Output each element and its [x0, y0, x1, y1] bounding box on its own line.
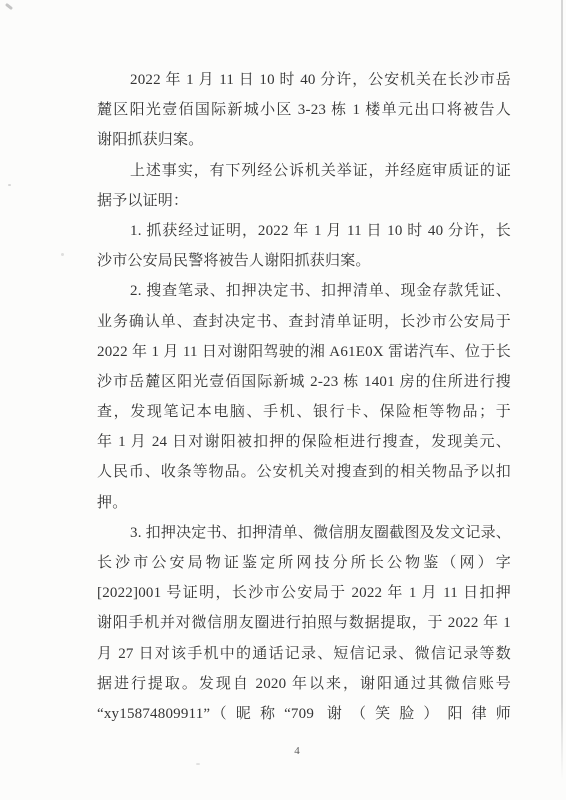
text-line: 押。: [97, 488, 511, 518]
text-line: [2022]001 号证明，长沙市公安局于 2022 年 1 月 11 日扣押: [97, 578, 511, 608]
text-line: 1. 抓获经过证明，2022 年 1 月 11 日 10 时 40 分许，长: [97, 216, 511, 246]
text-line: 月 27 日对该手机中的通话记录、短信记录、微信记录等数: [97, 639, 511, 669]
text-line: 3. 扣押决定书、扣押清单、微信朋友圈截图及发文记录、: [97, 518, 511, 548]
text-line: 长沙市公安局物证鉴定所网技分所长公物鉴（网）字: [97, 548, 511, 578]
scanned-document-page: 2022 年 1 月 11 日 10 时 40 分许，公安机关在长沙市岳麓区阳光…: [0, 0, 566, 800]
text-line: 查，发现笔记本电脑、手机、银行卡、保险柜等物品；于 2022: [97, 397, 511, 427]
text-line: 沙市公安局民警将被告人谢阳抓获归案。: [97, 246, 511, 276]
text-line: 2022 年 1 月 11 日对谢阳驾驶的湘 A61E0X 雷诺汽车、位于长: [97, 337, 511, 367]
scan-edge-line: [561, 0, 563, 780]
text-line: 业务确认单、查封决定书、查封清单证明，长沙市公安局于: [97, 307, 511, 337]
text-line: 谢阳手机并对微信朋友圈进行拍照与数据提取，于 2022 年 1: [97, 608, 511, 638]
text-line: “xy15874809911”（昵称“709 谢（笑脸）阳律师: [97, 699, 511, 729]
text-line: 谢阳抓获归案。: [97, 125, 511, 155]
text-line: 2. 搜查笔录、扣押决定书、扣押清单、现金存款凭证、: [97, 276, 511, 306]
text-line: 麓区阳光壹佰国际新城小区 3-23 栋 1 楼单元出口将被告人: [97, 95, 511, 125]
text-line: 人民币、收条等物品。公安机关对搜查到的相关物品予以扣: [97, 457, 511, 487]
scan-speck: [196, 763, 200, 765]
scan-speck: [8, 184, 11, 186]
scan-speck: [5, 3, 13, 10]
page-number: 4: [97, 745, 497, 757]
document-body: 2022 年 1 月 11 日 10 时 40 分许，公安机关在长沙市岳麓区阳光…: [97, 65, 511, 729]
text-line: 据予以证明：: [97, 186, 511, 216]
text-line: 年 1 月 24 日对谢阳被扣押的保险柜进行搜查，发现美元、: [97, 427, 511, 457]
text-line: 2022 年 1 月 11 日 10 时 40 分许，公安机关在长沙市岳: [97, 65, 511, 95]
text-line: 沙市岳麓区阳光壹佰国际新城 2-23 栋 1401 房的住所进行搜: [97, 367, 511, 397]
text-line: 上述事实，有下列经公诉机关举证，并经庭审质证的证: [97, 156, 511, 186]
text-line: 据进行提取。发现自 2020 年以来，谢阳通过其微信账号: [97, 669, 511, 699]
scan-speck: [61, 253, 64, 256]
